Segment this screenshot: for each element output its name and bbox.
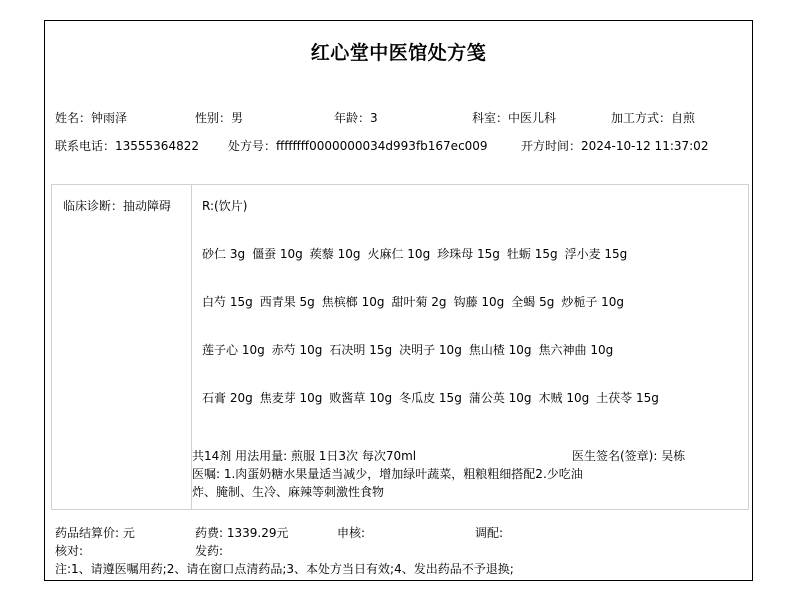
herb-item: 牡蛎 15g xyxy=(507,245,558,262)
herb-item: 珍珠母 15g xyxy=(437,245,500,262)
herb-item: 败酱草 10g xyxy=(329,389,392,406)
patient-name: 姓名：钟雨泽 xyxy=(55,109,127,126)
dispense-field: 调配: xyxy=(475,524,503,541)
herb-item: 浮小麦 15g xyxy=(565,245,628,262)
herb-line-4: 石膏 20g焦麦芽 10g败酱草 10g冬瓜皮 15g蒲公英 10g木贼 10g… xyxy=(202,389,666,406)
herb-item: 冬瓜皮 15g xyxy=(399,389,462,406)
diagnosis-cell: 临床诊断：抽动障碍 xyxy=(52,185,192,509)
herb-item: 焦六神曲 10g xyxy=(539,341,614,358)
notes: 注:1、请遵医嘱用药;2、请在窗口点清药品;3、本处方当日有效;4、发出药品不予… xyxy=(55,560,514,577)
prescription-number: 处方号：ffffffff0000000034d993fb167ec009 xyxy=(228,137,488,154)
herb-item: 焦麦芽 10g xyxy=(260,389,323,406)
prescription-cell: R:(饮片) 砂仁 3g僵蚕 10g蒺藜 10g火麻仁 10g珍珠母 15g牡蛎… xyxy=(192,185,748,509)
patient-gender: 性别：男 xyxy=(195,109,243,126)
settlement-price: 药品结算价: 元 xyxy=(55,524,135,541)
page-title: 红心堂中医馆处方笺 xyxy=(45,38,752,65)
herb-item: 甜叶菊 2g xyxy=(391,293,446,310)
herb-item: 土茯苓 15g xyxy=(596,389,659,406)
contact-phone: 联系电话：13555364822 xyxy=(55,137,199,154)
herb-item: 僵蚕 10g xyxy=(252,245,303,262)
herb-item: 决明子 10g xyxy=(399,341,462,358)
doctor-signature: 医生签名(签章): 吴栋 xyxy=(572,447,685,464)
herb-line-2: 白芍 15g西青果 5g焦槟榔 10g甜叶菊 2g钩藤 10g全蝎 5g炒栀子 … xyxy=(202,293,631,310)
drug-fee: 药费: 1339.29元 xyxy=(195,524,288,541)
rx-label: R:(饮片) xyxy=(202,197,247,214)
herb-item: 白芍 15g xyxy=(202,293,253,310)
herb-item: 钩藤 10g xyxy=(454,293,505,310)
herb-item: 西青果 5g xyxy=(260,293,315,310)
herb-item: 全蝎 5g xyxy=(511,293,554,310)
herb-line-3: 莲子心 10g赤芍 10g石决明 15g决明子 10g焦山楂 10g焦六神曲 1… xyxy=(202,341,620,358)
herb-item: 炒栀子 10g xyxy=(561,293,624,310)
prescription-table: 临床诊断：抽动障碍 R:(饮片) 砂仁 3g僵蚕 10g蒺藜 10g火麻仁 10… xyxy=(51,184,749,510)
herb-item: 石决明 15g xyxy=(329,341,392,358)
usage-dosage: 共14剂 用法用量: 煎服 1日3次 每次70ml xyxy=(192,447,416,464)
herb-item: 砂仁 3g xyxy=(202,245,245,262)
issue-field: 发药: xyxy=(195,542,223,559)
processing-method: 加工方式：自煎 xyxy=(611,109,695,126)
herb-item: 焦山楂 10g xyxy=(469,341,532,358)
herb-item: 蒲公英 10g xyxy=(469,389,532,406)
review-field: 申核: xyxy=(337,524,365,541)
herb-item: 火麻仁 10g xyxy=(367,245,430,262)
patient-age: 年龄：3 xyxy=(334,109,378,126)
prescription-time: 开方时间：2024-10-12 11:37:02 xyxy=(521,137,708,154)
medical-advice: 医嘱: 1.肉蛋奶糖水果量适当减少，增加绿叶蔬菜，粗粮粗细搭配2.少吃油炸、腌制… xyxy=(192,465,592,501)
herb-line-1: 砂仁 3g僵蚕 10g蒺藜 10g火麻仁 10g珍珠母 15g牡蛎 15g浮小麦… xyxy=(202,245,634,262)
herb-item: 蒺藜 10g xyxy=(310,245,361,262)
department: 科室：中医儿科 xyxy=(472,109,556,126)
herb-item: 石膏 20g xyxy=(202,389,253,406)
herb-item: 焦槟榔 10g xyxy=(322,293,385,310)
prescription-sheet: 红心堂中医馆处方笺 姓名：钟雨泽 性别：男 年龄：3 科室：中医儿科 加工方式：… xyxy=(44,20,753,581)
clinical-diagnosis: 临床诊断：抽动障碍 xyxy=(63,197,171,214)
check-field: 核对: xyxy=(55,542,83,559)
herb-item: 莲子心 10g xyxy=(202,341,265,358)
herb-item: 木贼 10g xyxy=(539,389,590,406)
herb-item: 赤芍 10g xyxy=(272,341,323,358)
